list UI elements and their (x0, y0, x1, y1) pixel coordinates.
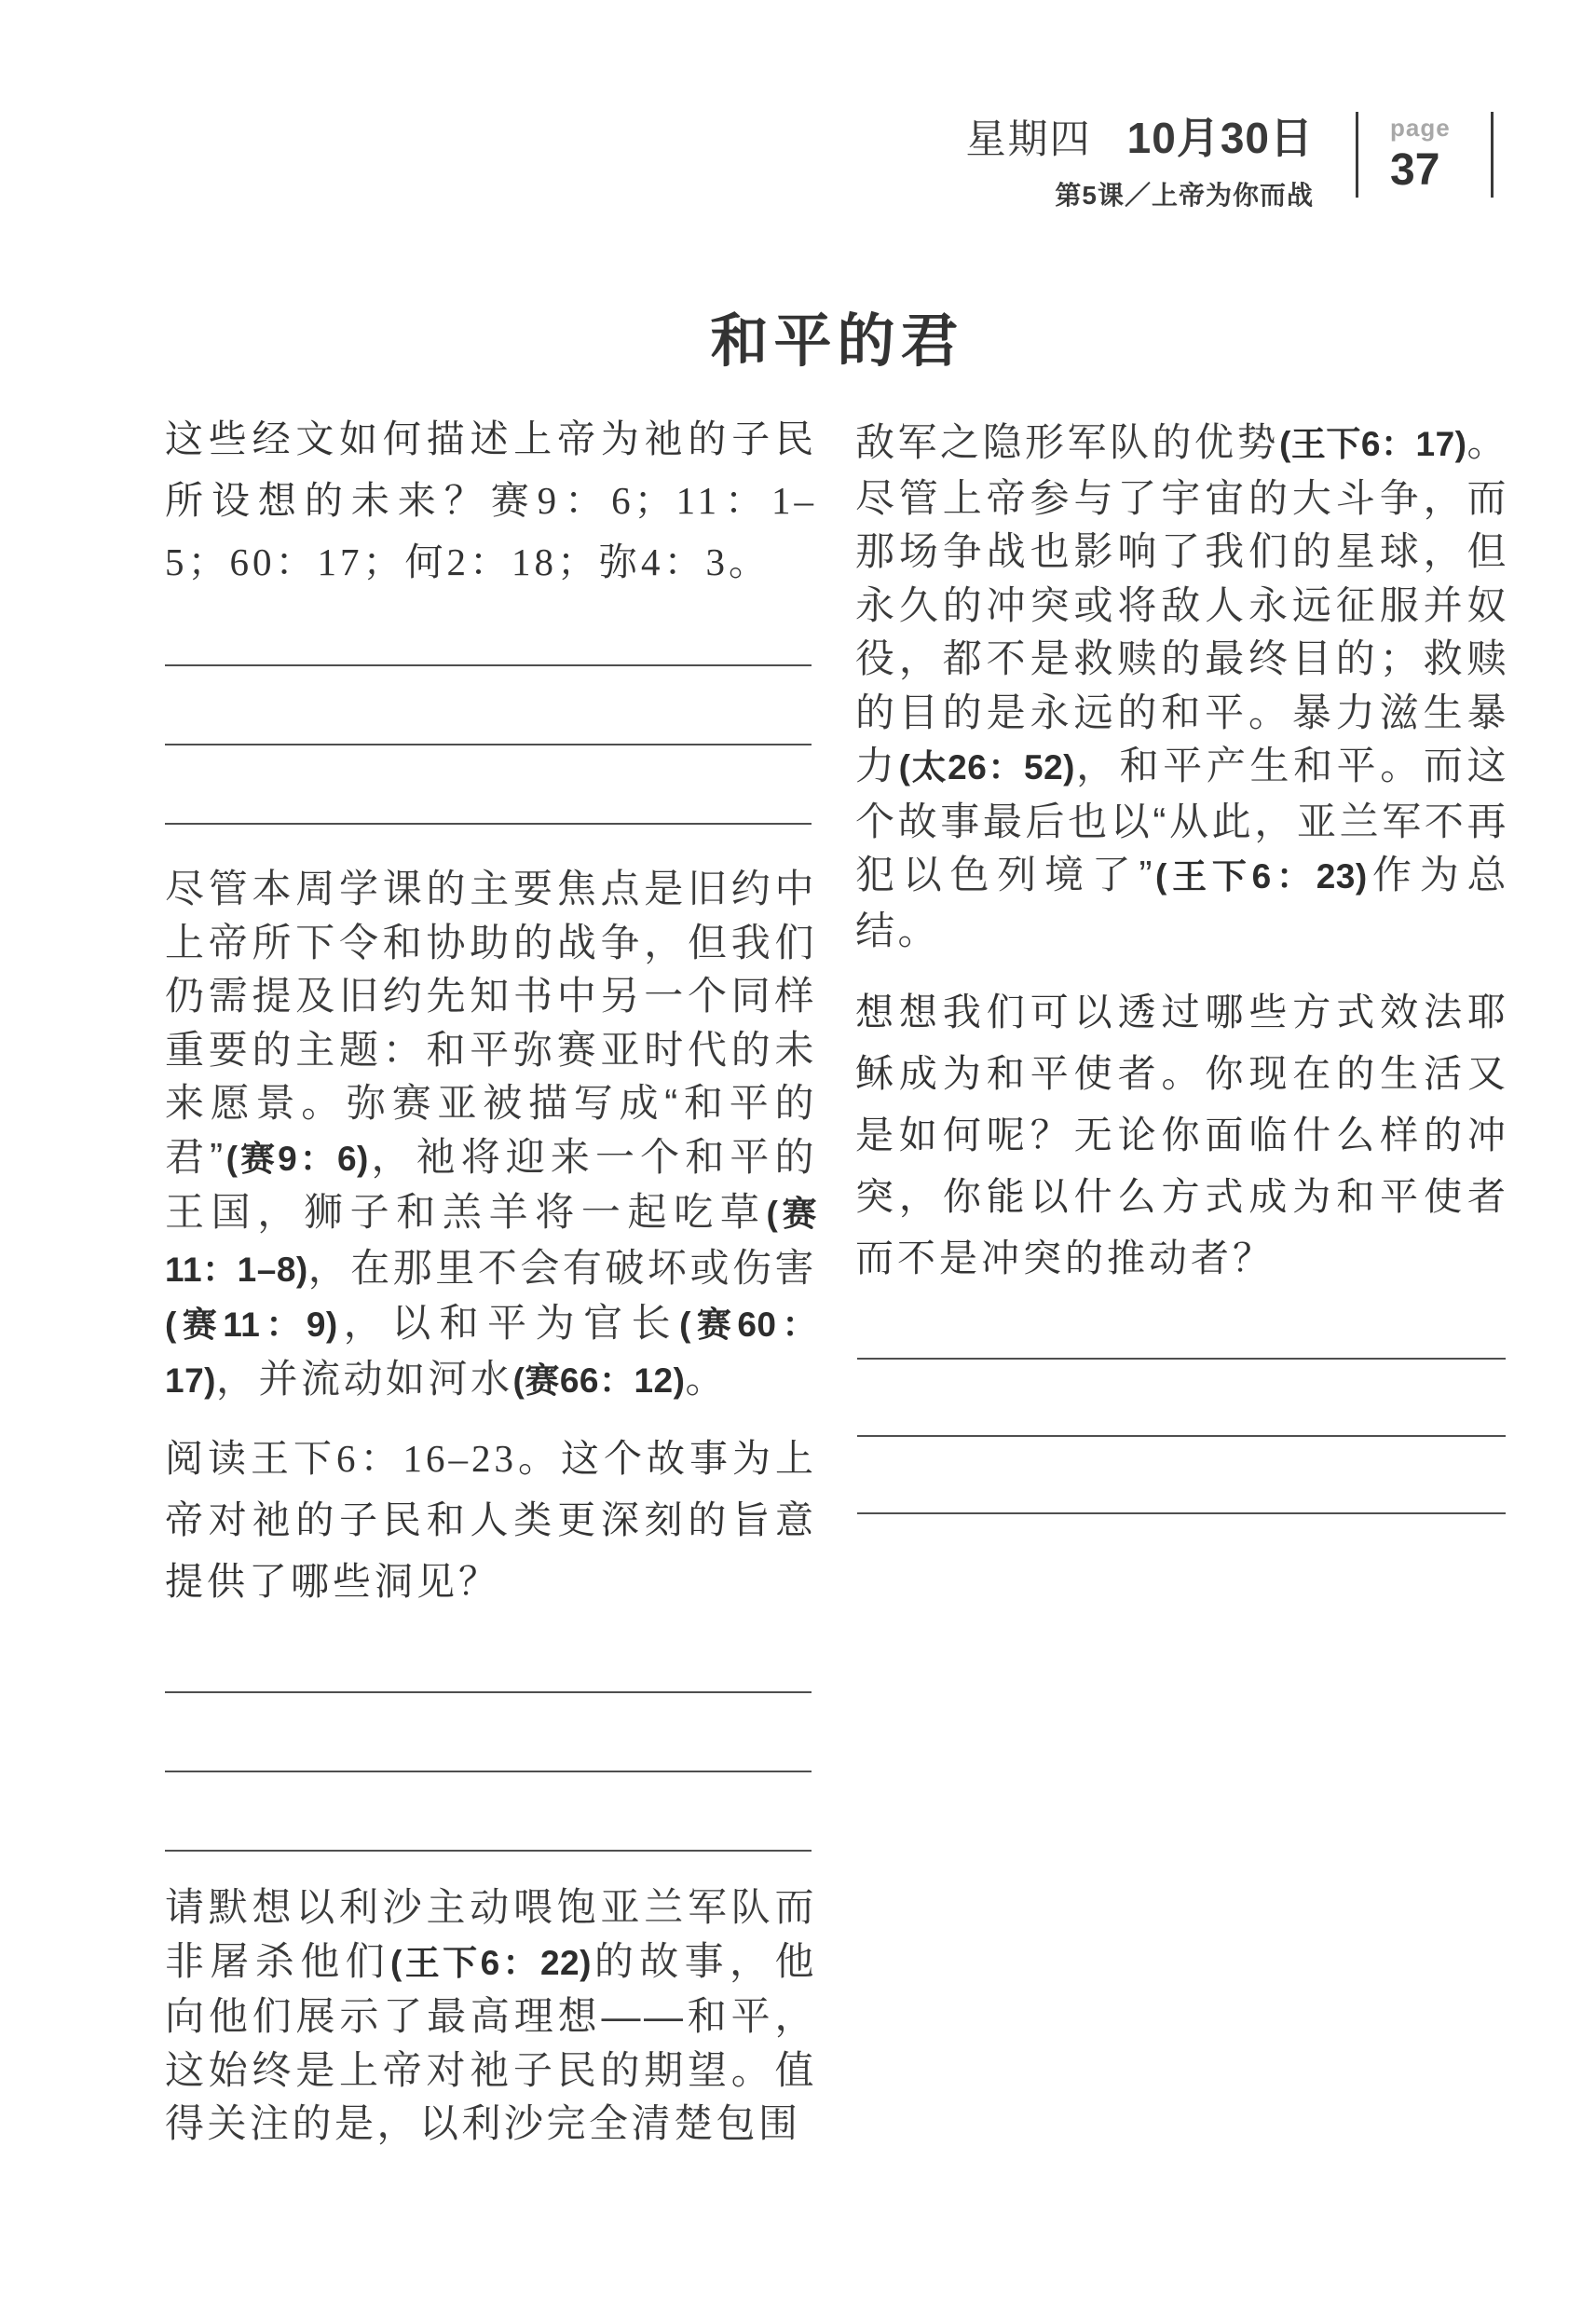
scripture-reference: (赛66：12) (513, 1361, 686, 1400)
date-label: 10月30日 (1127, 114, 1314, 162)
lesson-page: { "header": { "weekday": "星期四", "date": … (0, 0, 1596, 2311)
page-header: 星期四10月30日 第5课／上帝为你而战 (966, 104, 1314, 212)
answer-line (165, 1850, 812, 1852)
header-date-line: 星期四10月30日 (966, 104, 1314, 166)
page-indicator: page 37 (1390, 114, 1451, 196)
scripture-reference: (王下6：23) (1155, 857, 1368, 896)
page-title: 和平的君 (165, 294, 1509, 377)
answer-line (165, 664, 812, 666)
scripture-reference: (王下6：17) (1279, 425, 1466, 463)
lesson-label: 第5课／上帝为你而战 (966, 175, 1314, 212)
question-paragraph-3: 想想我们可以透过哪些方式效法耶稣成为和平使者。你现在的生活又是如何呢？无论你面临… (855, 981, 1509, 1289)
answer-line (857, 1435, 1506, 1437)
answer-line (165, 1771, 812, 1772)
page-label: page (1390, 114, 1451, 143)
answer-line (165, 744, 812, 745)
question-paragraph-2: 阅读王下6：16–23。这个故事为上帝对祂的子民和人类更深刻的旨意提供了哪些洞见… (165, 1428, 817, 1612)
answer-line (165, 823, 812, 825)
answer-line (857, 1358, 1506, 1360)
scripture-reference: (太26：52) (899, 748, 1075, 786)
body-paragraph-left-2: 请默想以利沙主动喂饱亚兰军队而非屠杀他们(王下6：22)的故事，他向他们展示了最… (165, 1880, 817, 2151)
scripture-reference: (王下6：22) (390, 1944, 592, 1982)
answer-line (857, 1512, 1506, 1514)
answer-line (165, 1691, 812, 1693)
question-paragraph-1: 这些经文如何描述上帝为祂的子民所设想的未来？赛9：6；11：1–5；60：17；… (165, 408, 817, 593)
scripture-reference: (赛11：9) (165, 1306, 338, 1344)
body-paragraph-left-1: 尽管本周学课的主要焦点是旧约中上帝所下令和协助的战争，但我们仍需提及旧约先知书中… (165, 862, 817, 1407)
scripture-reference: (赛9：6) (226, 1140, 369, 1178)
weekday-label: 星期四 (966, 117, 1092, 162)
page-number: 37 (1390, 144, 1451, 196)
header-divider-right (1491, 112, 1494, 198)
body-paragraph-right-1: 敌军之隐形军队的优势(王下6：17)。尽管上帝参与了宇宙的大斗争，而那场争战也影… (855, 416, 1509, 957)
header-divider-left (1356, 112, 1358, 198)
